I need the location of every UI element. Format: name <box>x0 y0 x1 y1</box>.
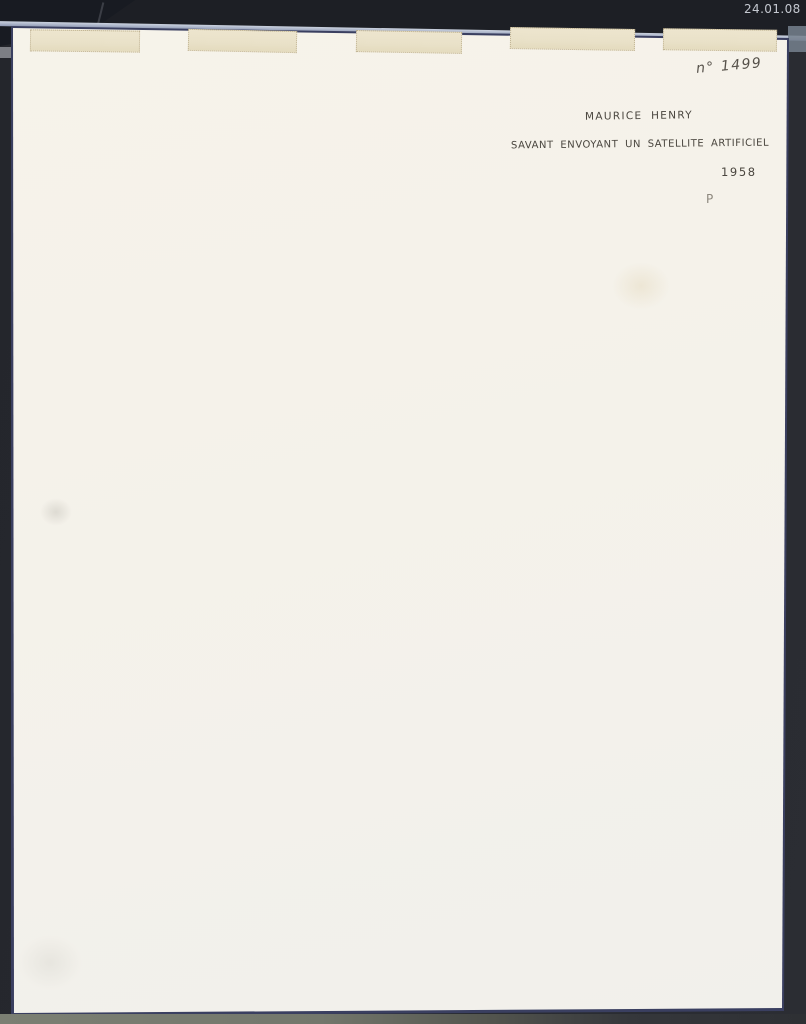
paper-stain <box>18 935 82 990</box>
paper-stain <box>612 262 670 310</box>
tape-strip <box>356 30 462 54</box>
table-edge-strip <box>0 1014 806 1024</box>
right-gray-chip <box>788 26 806 52</box>
artist-name: MAURICE HENRY <box>585 109 693 123</box>
tape-strip <box>663 28 777 52</box>
tape-strip <box>510 27 635 51</box>
tape-strip <box>30 29 140 52</box>
paper-stain <box>40 498 72 526</box>
tape-strip <box>188 29 297 53</box>
collection-mark: P <box>706 192 713 206</box>
artwork-year: 1958 <box>721 165 757 179</box>
artwork-sheet-verso: n° 1499 MAURICE HENRY SAVANT ENVOYANT UN… <box>0 0 806 1024</box>
sheet-vignette <box>0 0 806 1024</box>
camera-timestamp: 24.01.08 <box>744 2 801 16</box>
archive-photo: 24.01.08 n° 1499 MAURICE HENRY SAVANT EN… <box>0 0 806 1024</box>
